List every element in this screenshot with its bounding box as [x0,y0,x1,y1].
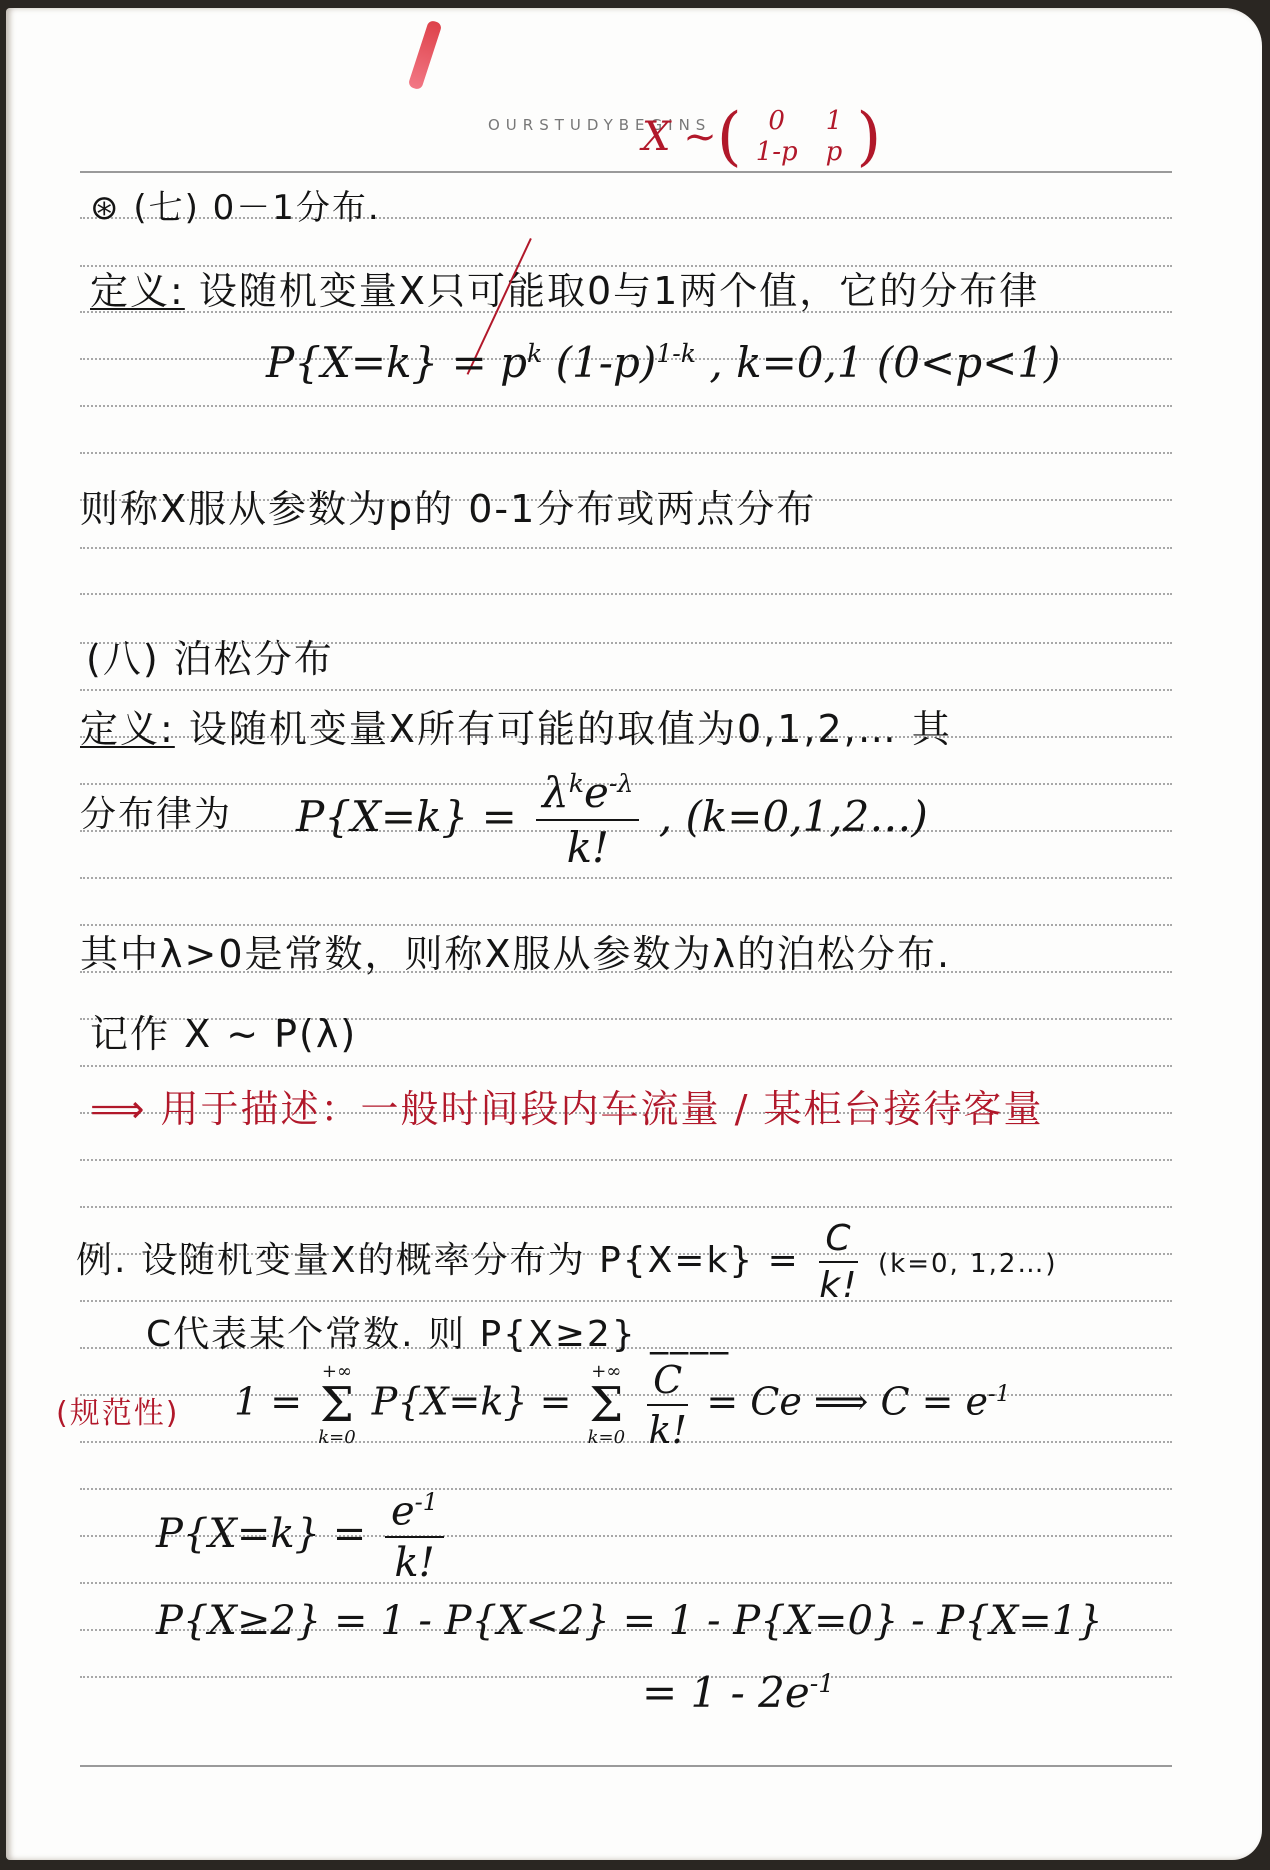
red-pen-stroke [408,20,443,91]
ruled-line-top [80,171,1172,173]
complement-step: P{X≥2} = 1 - P{X<2} = 1 - P{X=0} - P{X=1… [156,1598,1103,1644]
section-8-definition: 定义: 设随机变量X所有可能的取值为0,1,2,… 其 [80,698,952,753]
section-8-title: (八) 泊松分布 [86,628,334,683]
ruled-line [80,547,1172,549]
ruled-line [80,452,1172,454]
poisson-notation: 记作 X ~ P(λ) [90,1003,357,1058]
ruled-line [80,593,1172,595]
bernoulli-formula: P{X=k} = pk (1-p)1-k , k=0,1 (0<p<1) [266,338,1060,387]
definition-text: 设随机变量X只可能取0与1两个值，它的分布律 [199,269,1039,313]
normalization-tag: (规范性) [56,1388,179,1432]
poisson-formula: P{X=k} = λke-λ k! , (k=0,1,2…) [296,768,928,872]
example-label: 例. [76,1240,127,1281]
example-statement-line2: C代表某个常数. 则 P{X≥2} ____ [146,1306,730,1357]
final-answer: = 1 - 2e-1 [642,1668,834,1717]
bullet-marker: ⊛ [90,188,121,228]
normalization-step: 1 = +∞Σk=0 P{X=k} = +∞Σk=0 Ck! = Ce ⟹ C … [234,1358,1010,1452]
ruled-line [80,1065,1172,1067]
poisson-note-constant: 其中λ>0是常数，则称X服从参数为λ的泊松分布. [80,923,951,978]
section-7-definition: 定义: 设随机变量X只可能取0与1两个值，它的分布律 [90,260,1039,315]
ruled-line [80,405,1172,407]
notebook-page: OURSTUDYBEGINS X ~ ( 01-p 1p ) ⊛ [6,8,1262,1860]
ruled-line [80,1159,1172,1161]
definition-text: 设随机变量X所有可能的取值为0,1,2,… 其 [189,707,952,751]
bernoulli-distribution-annotation: X ~ ( 01-p 1p ) [642,100,881,174]
section-7-heading: ⊛ (七) 0－1分布. [90,180,381,229]
definition-label: 定义: [90,269,185,313]
ruled-line-bottom [80,1765,1172,1767]
definition-label: 定义: [80,707,175,751]
ruled-line [80,689,1172,691]
ruled-line [80,1676,1172,1678]
ruled-line [80,877,1172,879]
probability-mass-result: P{X=k} = e-1k! [156,1488,450,1586]
section-7-conclusion: 则称X服从参数为p的 0-1分布或两点分布 [80,478,816,533]
example-statement-line1: 例. 设随机变量X的概率分布为 P{X=k} = Ck! (k=0, 1,2…) [76,1218,1058,1306]
distribution-law-label: 分布律为 [80,786,232,837]
poisson-usage-note: ⟹ 用于描述：一般时间段内车流量 / 某柜台接待客量 [90,1078,1044,1133]
section-7-title: (七) 0－1分布. [133,188,380,228]
ruled-line [80,1206,1172,1208]
